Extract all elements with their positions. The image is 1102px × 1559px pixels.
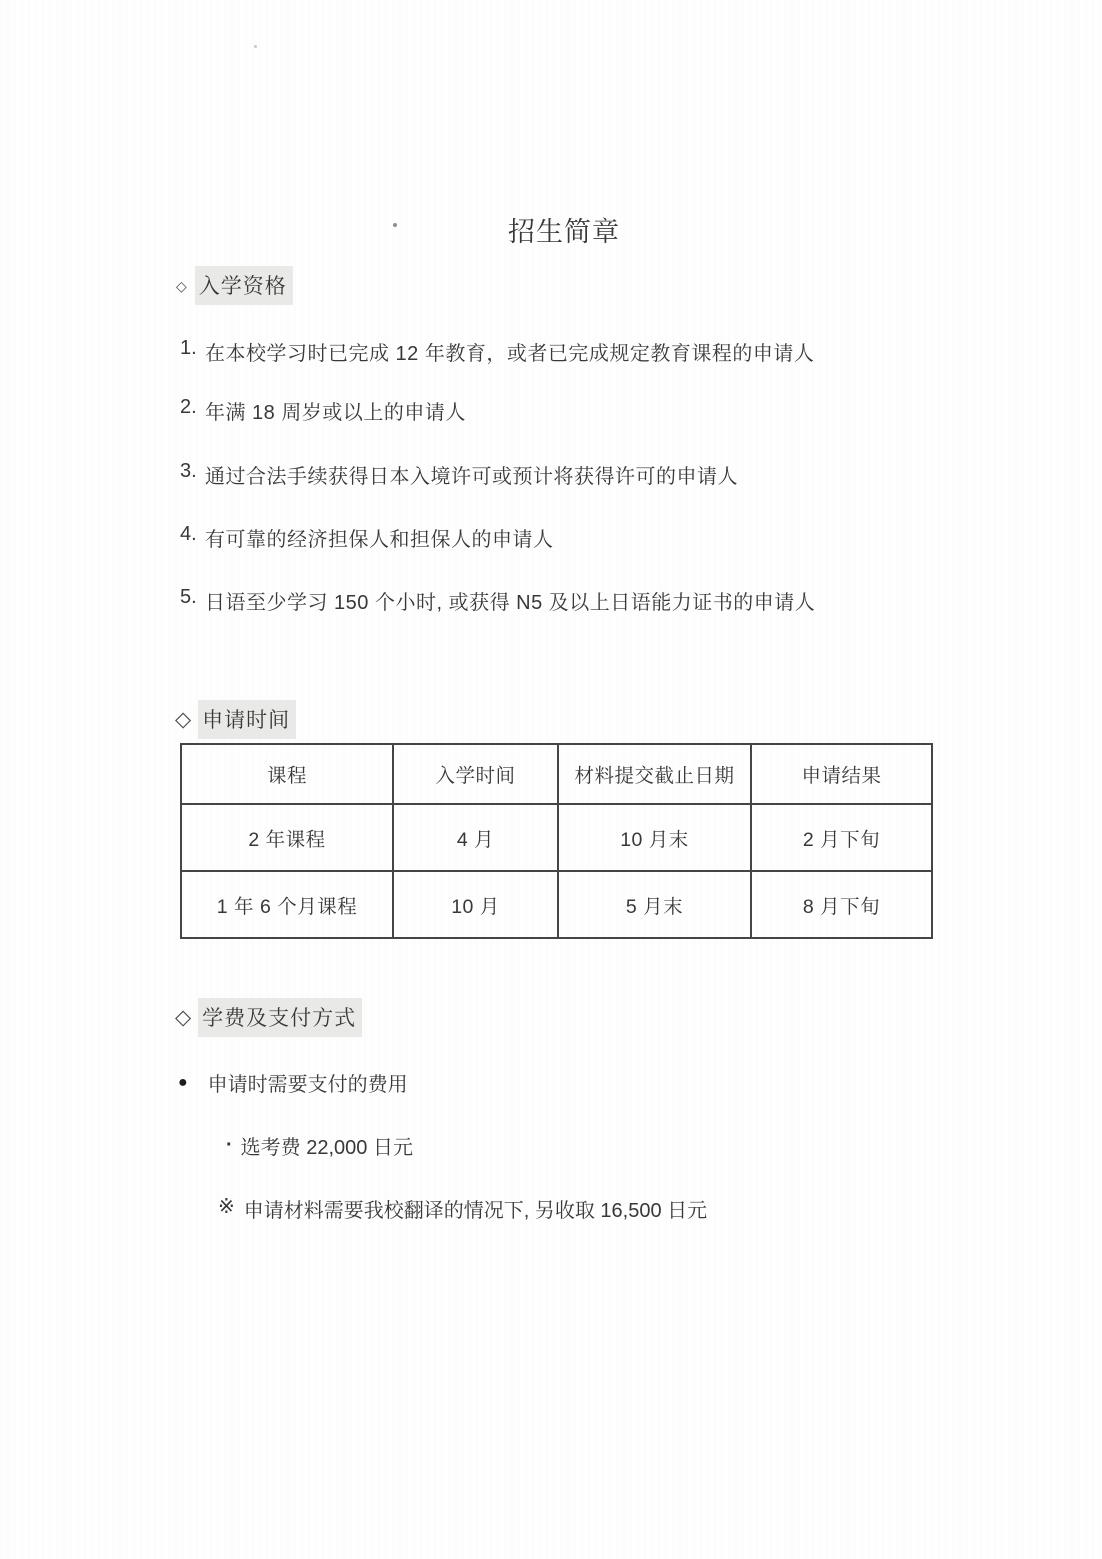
section-heading-label: 入学资格 xyxy=(195,266,293,305)
table-cell: 2 年课程 xyxy=(181,804,393,871)
table-cell: 10 月 xyxy=(393,871,558,938)
table-cell: 2 月下旬 xyxy=(751,804,932,871)
application-time-table: 课程 入学时间 材料提交截止日期 申请结果 2 年课程 4 月 10 月末 2 … xyxy=(180,743,933,939)
bullet-text: 申请时需要支付的费用 xyxy=(208,1068,408,1097)
document-page: 招生简章 ◇ 入学资格 1. 在本校学习时已完成 12 年教育，或者已完成规定教… xyxy=(0,0,1102,1559)
table-header-deadline: 材料提交截止日期 xyxy=(558,744,751,804)
item-number: 1. xyxy=(180,337,205,366)
item-text: 在本校学习时已完成 12 年教育，或者已完成规定教育课程的申请人 xyxy=(205,337,814,366)
scan-artifact-dot xyxy=(393,223,397,227)
fee-line: · 选考费 22,000 日元 xyxy=(226,1131,413,1160)
item-text: 日语至少学习 150 个小时, 或获得 N5 及以上日语能力证书的申请人 xyxy=(205,586,815,615)
reference-mark-icon: ※ xyxy=(218,1194,235,1223)
item-text: 通过合法手续获得日本入境许可或预计将获得许可的申请人 xyxy=(205,460,738,489)
table-cell: 1 年 6 个月课程 xyxy=(181,871,393,938)
qualification-item: 1. 在本校学习时已完成 12 年教育，或者已完成规定教育课程的申请人 xyxy=(180,337,814,366)
qualification-item: 3. 通过合法手续获得日本入境许可或预计将获得许可的申请人 xyxy=(180,460,738,489)
fee-text: 选考费 22,000 日元 xyxy=(241,1131,413,1160)
table-header-row: 课程 入学时间 材料提交截止日期 申请结果 xyxy=(181,744,932,804)
translation-note: ※ 申请材料需要我校翻译的情况下, 另收取 16,500 日元 xyxy=(218,1194,707,1223)
diamond-icon: ◇ xyxy=(176,279,187,293)
note-text: 申请材料需要我校翻译的情况下, 另收取 16,500 日元 xyxy=(244,1194,707,1223)
item-text: 年满 18 周岁或以上的申请人 xyxy=(205,396,466,425)
middle-dot-icon: · xyxy=(226,1134,233,1157)
diamond-icon: ◇ xyxy=(175,709,191,730)
scan-artifact-dot xyxy=(254,45,257,48)
table-cell: 8 月下旬 xyxy=(751,871,932,938)
section-heading-label: 申请时间 xyxy=(198,700,296,739)
item-number: 4. xyxy=(180,523,205,552)
section-heading-label: 学费及支付方式 xyxy=(198,998,362,1037)
table-header-enrollment-time: 入学时间 xyxy=(393,744,558,804)
qualification-item: 2. 年满 18 周岁或以上的申请人 xyxy=(180,396,466,425)
section-heading-tuition: ◇ 学费及支付方式 xyxy=(175,998,362,1037)
table-row: 2 年课程 4 月 10 月末 2 月下旬 xyxy=(181,804,932,871)
bullet-icon: ● xyxy=(178,1075,188,1091)
table-header-course: 课程 xyxy=(181,744,393,804)
table-cell: 10 月末 xyxy=(558,804,751,871)
section-heading-application-time: ◇ 申请时间 xyxy=(175,700,296,739)
qualification-item: 4. 有可靠的经济担保人和担保人的申请人 xyxy=(180,523,554,552)
item-text: 有可靠的经济担保人和担保人的申请人 xyxy=(205,523,554,552)
table-header-result: 申请结果 xyxy=(751,744,932,804)
section-heading-qualifications: ◇ 入学资格 xyxy=(176,266,293,305)
table-row: 1 年 6 个月课程 10 月 5 月末 8 月下旬 xyxy=(181,871,932,938)
qualification-item: 5. 日语至少学习 150 个小时, 或获得 N5 及以上日语能力证书的申请人 xyxy=(180,586,815,615)
table-cell: 4 月 xyxy=(393,804,558,871)
table-cell: 5 月末 xyxy=(558,871,751,938)
diamond-icon: ◇ xyxy=(175,1007,191,1028)
item-number: 3. xyxy=(180,460,205,489)
tuition-bullet-line: ● 申请时需要支付的费用 xyxy=(178,1068,408,1097)
item-number: 5. xyxy=(180,586,205,615)
page-title: 招生简章 xyxy=(508,210,620,249)
item-number: 2. xyxy=(180,396,205,425)
